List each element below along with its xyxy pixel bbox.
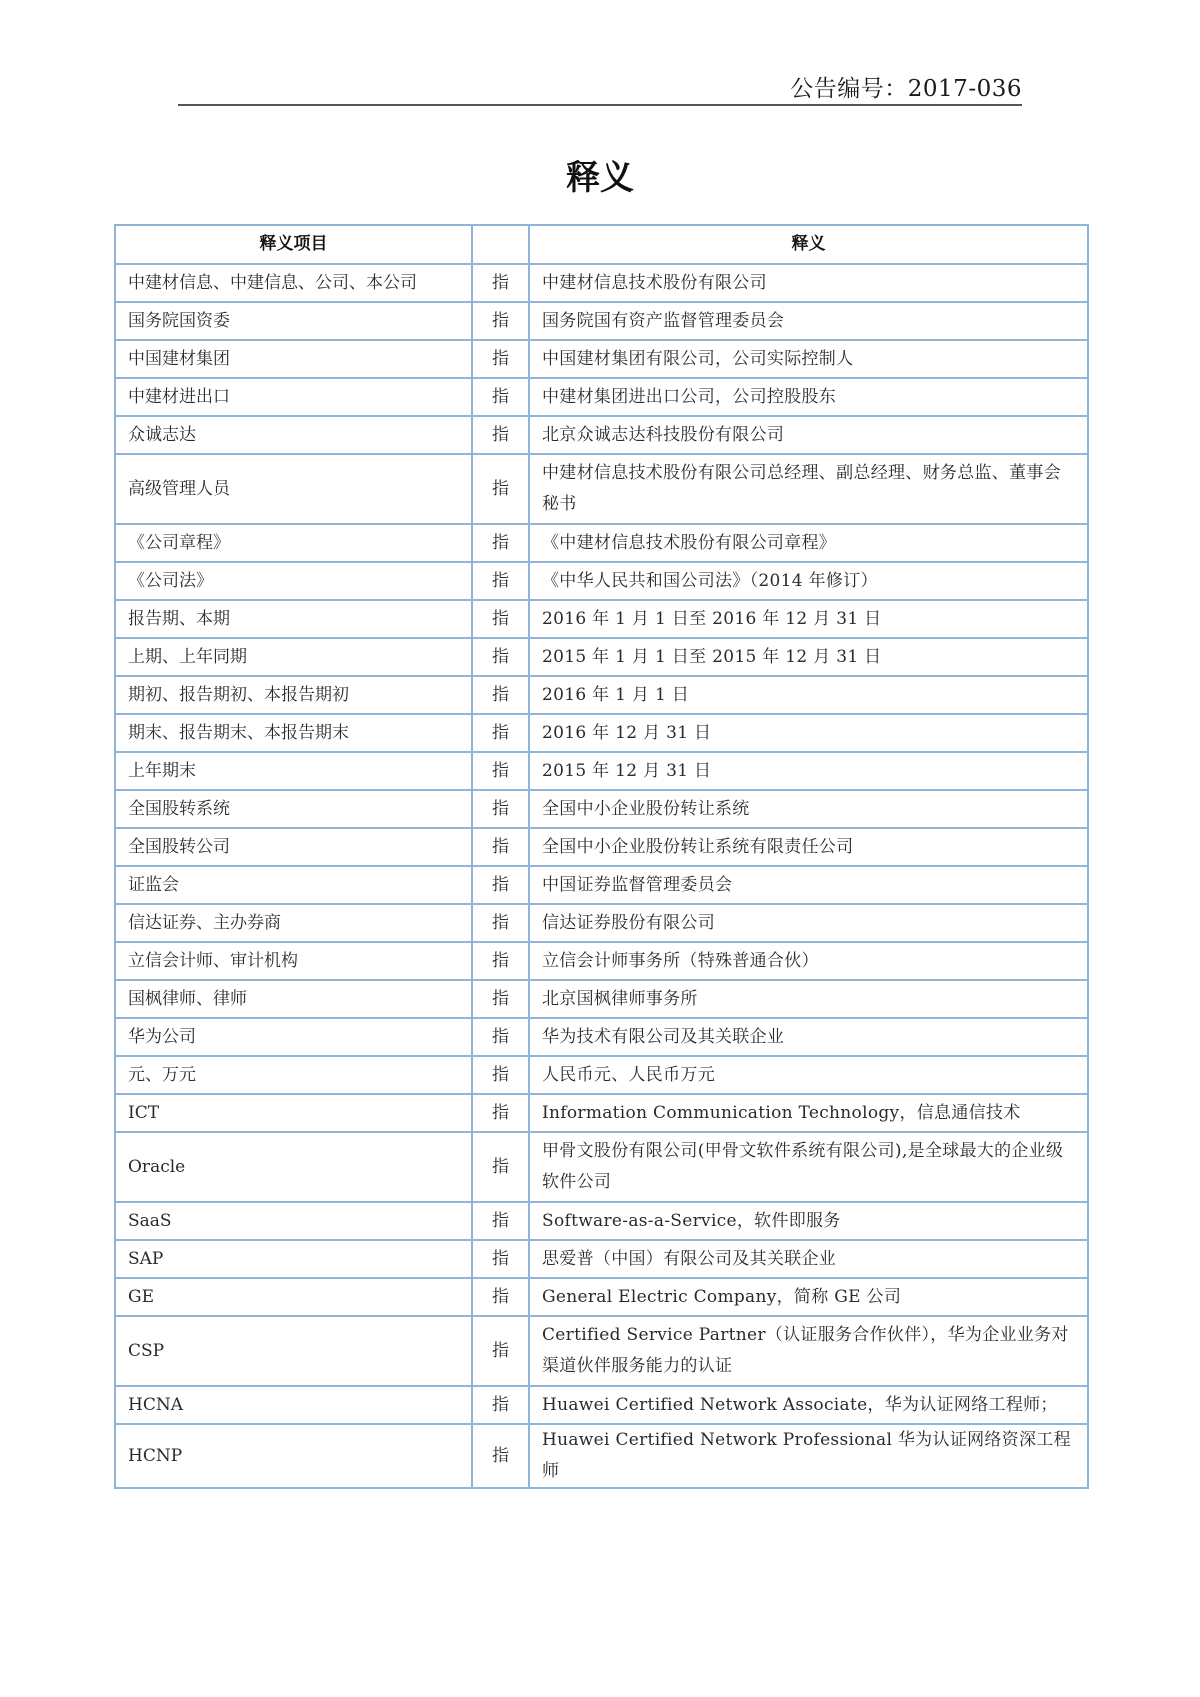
table-row: 华为公司指华为技术有限公司及其关联企业: [115, 1018, 1088, 1056]
ref-cell: 指: [472, 980, 529, 1018]
term-cell: 立信会计师、审计机构: [115, 942, 472, 980]
term-cell: GE: [115, 1278, 472, 1316]
term-cell: 证监会: [115, 866, 472, 904]
document-header: 公告编号：2017-036: [178, 64, 1022, 106]
term-cell: 全国股转公司: [115, 828, 472, 866]
table-row: 期末、报告期末、本报告期末指2016 年 12 月 31 日: [115, 714, 1088, 752]
meaning-cell: 人民币元、人民币万元: [529, 1056, 1088, 1094]
meaning-cell: 中国建材集团有限公司，公司实际控制人: [529, 340, 1088, 378]
table-row: 《公司章程》指《中建材信息技术股份有限公司章程》: [115, 524, 1088, 562]
ref-cell: 指: [472, 600, 529, 638]
meaning-cell: Information Communication Technology，信息通…: [529, 1094, 1088, 1132]
header-divider: [178, 104, 1022, 106]
column-header-meaning: 释义: [529, 225, 1088, 264]
ref-cell: 指: [472, 378, 529, 416]
ref-cell: 指: [472, 1240, 529, 1278]
ref-cell: 指: [472, 340, 529, 378]
table-row: 期初、报告期初、本报告期初指2016 年 1 月 1 日: [115, 676, 1088, 714]
table-row: 上期、上年同期指2015 年 1 月 1 日至 2015 年 12 月 31 日: [115, 638, 1088, 676]
table-row: 中建材进出口指中建材集团进出口公司，公司控股股东: [115, 378, 1088, 416]
table-row: HCNA指Huawei Certified Network Associate，…: [115, 1386, 1088, 1424]
ref-cell: 指: [472, 1424, 529, 1488]
meaning-cell: 国务院国有资产监督管理委员会: [529, 302, 1088, 340]
term-cell: 中建材信息、中建信息、公司、本公司: [115, 264, 472, 302]
ref-cell: 指: [472, 1202, 529, 1240]
table-row: 国务院国资委指国务院国有资产监督管理委员会: [115, 302, 1088, 340]
ref-cell: 指: [472, 1316, 529, 1386]
ref-cell: 指: [472, 676, 529, 714]
term-cell: 高级管理人员: [115, 454, 472, 524]
table-header-row: 释义项目 释义: [115, 225, 1088, 264]
ref-cell: 指: [472, 866, 529, 904]
meaning-cell: 2016 年 1 月 1 日至 2016 年 12 月 31 日: [529, 600, 1088, 638]
definitions-table: 释义项目 释义 中建材信息、中建信息、公司、本公司指中建材信息技术股份有限公司国…: [114, 224, 1089, 1489]
meaning-cell: 甲骨文股份有限公司(甲骨文软件系统有限公司),是全球最大的企业级软件公司: [529, 1132, 1088, 1202]
ref-cell: 指: [472, 416, 529, 454]
term-cell: 《公司章程》: [115, 524, 472, 562]
meaning-cell: 中国证券监督管理委员会: [529, 866, 1088, 904]
term-cell: 期末、报告期末、本报告期末: [115, 714, 472, 752]
term-cell: 上年期末: [115, 752, 472, 790]
table-row: 证监会指中国证券监督管理委员会: [115, 866, 1088, 904]
meaning-cell: 北京众诚志达科技股份有限公司: [529, 416, 1088, 454]
meaning-cell: 中建材信息技术股份有限公司总经理、副总经理、财务总监、董事会秘书: [529, 454, 1088, 524]
ref-cell: 指: [472, 904, 529, 942]
ref-cell: 指: [472, 828, 529, 866]
meaning-cell: General Electric Company，简称 GE 公司: [529, 1278, 1088, 1316]
meaning-cell: 中建材集团进出口公司，公司控股股东: [529, 378, 1088, 416]
term-cell: 众诚志达: [115, 416, 472, 454]
term-cell: SAP: [115, 1240, 472, 1278]
ref-cell: 指: [472, 752, 529, 790]
meaning-cell: 信达证券股份有限公司: [529, 904, 1088, 942]
meaning-cell: 北京国枫律师事务所: [529, 980, 1088, 1018]
term-cell: 报告期、本期: [115, 600, 472, 638]
meaning-cell: Huawei Certified Network Associate，华为认证网…: [529, 1386, 1088, 1424]
term-cell: 全国股转系统: [115, 790, 472, 828]
table-row: 中建材信息、中建信息、公司、本公司指中建材信息技术股份有限公司: [115, 264, 1088, 302]
term-cell: 期初、报告期初、本报告期初: [115, 676, 472, 714]
meaning-cell: 立信会计师事务所（特殊普通合伙）: [529, 942, 1088, 980]
meaning-cell: 思爱普（中国）有限公司及其关联企业: [529, 1240, 1088, 1278]
ref-cell: 指: [472, 264, 529, 302]
meaning-cell: Software-as-a-Service，软件即服务: [529, 1202, 1088, 1240]
term-cell: SaaS: [115, 1202, 472, 1240]
announcement-number: 公告编号：2017-036: [790, 70, 1022, 103]
term-cell: HCNA: [115, 1386, 472, 1424]
table-row: SAP指思爱普（中国）有限公司及其关联企业: [115, 1240, 1088, 1278]
term-cell: 元、万元: [115, 1056, 472, 1094]
term-cell: 国务院国资委: [115, 302, 472, 340]
table-row: 全国股转系统指全国中小企业股份转让系统: [115, 790, 1088, 828]
meaning-cell: 2015 年 1 月 1 日至 2015 年 12 月 31 日: [529, 638, 1088, 676]
table-row: 国枫律师、律师指北京国枫律师事务所: [115, 980, 1088, 1018]
meaning-cell: 中建材信息技术股份有限公司: [529, 264, 1088, 302]
page-title: 释义: [0, 150, 1200, 199]
meaning-cell: Certified Service Partner（认证服务合作伙伴），华为企业…: [529, 1316, 1088, 1386]
table-row: GE指General Electric Company，简称 GE 公司: [115, 1278, 1088, 1316]
meaning-cell: 2015 年 12 月 31 日: [529, 752, 1088, 790]
meaning-cell: Huawei Certified Network Professional 华为…: [529, 1424, 1088, 1488]
table-row: 元、万元指人民币元、人民币万元: [115, 1056, 1088, 1094]
table-row: 立信会计师、审计机构指立信会计师事务所（特殊普通合伙）: [115, 942, 1088, 980]
table-row: 上年期末指2015 年 12 月 31 日: [115, 752, 1088, 790]
term-cell: 信达证券、主办券商: [115, 904, 472, 942]
table-row: 全国股转公司指全国中小企业股份转让系统有限责任公司: [115, 828, 1088, 866]
term-cell: 中建材进出口: [115, 378, 472, 416]
ref-cell: 指: [472, 790, 529, 828]
table-row: ICT指Information Communication Technology…: [115, 1094, 1088, 1132]
term-cell: 中国建材集团: [115, 340, 472, 378]
column-header-term: 释义项目: [115, 225, 472, 264]
ref-cell: 指: [472, 302, 529, 340]
ref-cell: 指: [472, 1094, 529, 1132]
ref-cell: 指: [472, 942, 529, 980]
term-cell: 《公司法》: [115, 562, 472, 600]
term-cell: 国枫律师、律师: [115, 980, 472, 1018]
term-cell: Oracle: [115, 1132, 472, 1202]
ref-cell: 指: [472, 524, 529, 562]
table-row: 众诚志达指北京众诚志达科技股份有限公司: [115, 416, 1088, 454]
table-row: 《公司法》指《中华人民共和国公司法》（2014 年修订）: [115, 562, 1088, 600]
term-cell: 上期、上年同期: [115, 638, 472, 676]
table-row: Oracle指甲骨文股份有限公司(甲骨文软件系统有限公司),是全球最大的企业级软…: [115, 1132, 1088, 1202]
term-cell: CSP: [115, 1316, 472, 1386]
meaning-cell: 《中华人民共和国公司法》（2014 年修订）: [529, 562, 1088, 600]
ref-cell: 指: [472, 1278, 529, 1316]
meaning-cell: 2016 年 1 月 1 日: [529, 676, 1088, 714]
term-cell: ICT: [115, 1094, 472, 1132]
table-row: CSP指Certified Service Partner（认证服务合作伙伴），…: [115, 1316, 1088, 1386]
table-row: 中国建材集团指中国建材集团有限公司，公司实际控制人: [115, 340, 1088, 378]
table-row: HCNP指Huawei Certified Network Profession…: [115, 1424, 1088, 1488]
ref-cell: 指: [472, 1386, 529, 1424]
meaning-cell: 《中建材信息技术股份有限公司章程》: [529, 524, 1088, 562]
table-row: 高级管理人员指中建材信息技术股份有限公司总经理、副总经理、财务总监、董事会秘书: [115, 454, 1088, 524]
meaning-cell: 华为技术有限公司及其关联企业: [529, 1018, 1088, 1056]
ref-cell: 指: [472, 1132, 529, 1202]
table-row: 信达证券、主办券商指信达证券股份有限公司: [115, 904, 1088, 942]
term-cell: 华为公司: [115, 1018, 472, 1056]
column-header-ref: [472, 225, 529, 264]
meaning-cell: 全国中小企业股份转让系统有限责任公司: [529, 828, 1088, 866]
ref-cell: 指: [472, 562, 529, 600]
meaning-cell: 全国中小企业股份转让系统: [529, 790, 1088, 828]
ref-cell: 指: [472, 714, 529, 752]
ref-cell: 指: [472, 638, 529, 676]
ref-cell: 指: [472, 1056, 529, 1094]
table-row: SaaS指Software-as-a-Service，软件即服务: [115, 1202, 1088, 1240]
ref-cell: 指: [472, 1018, 529, 1056]
meaning-cell: 2016 年 12 月 31 日: [529, 714, 1088, 752]
term-cell: HCNP: [115, 1424, 472, 1488]
ref-cell: 指: [472, 454, 529, 524]
table-row: 报告期、本期指2016 年 1 月 1 日至 2016 年 12 月 31 日: [115, 600, 1088, 638]
